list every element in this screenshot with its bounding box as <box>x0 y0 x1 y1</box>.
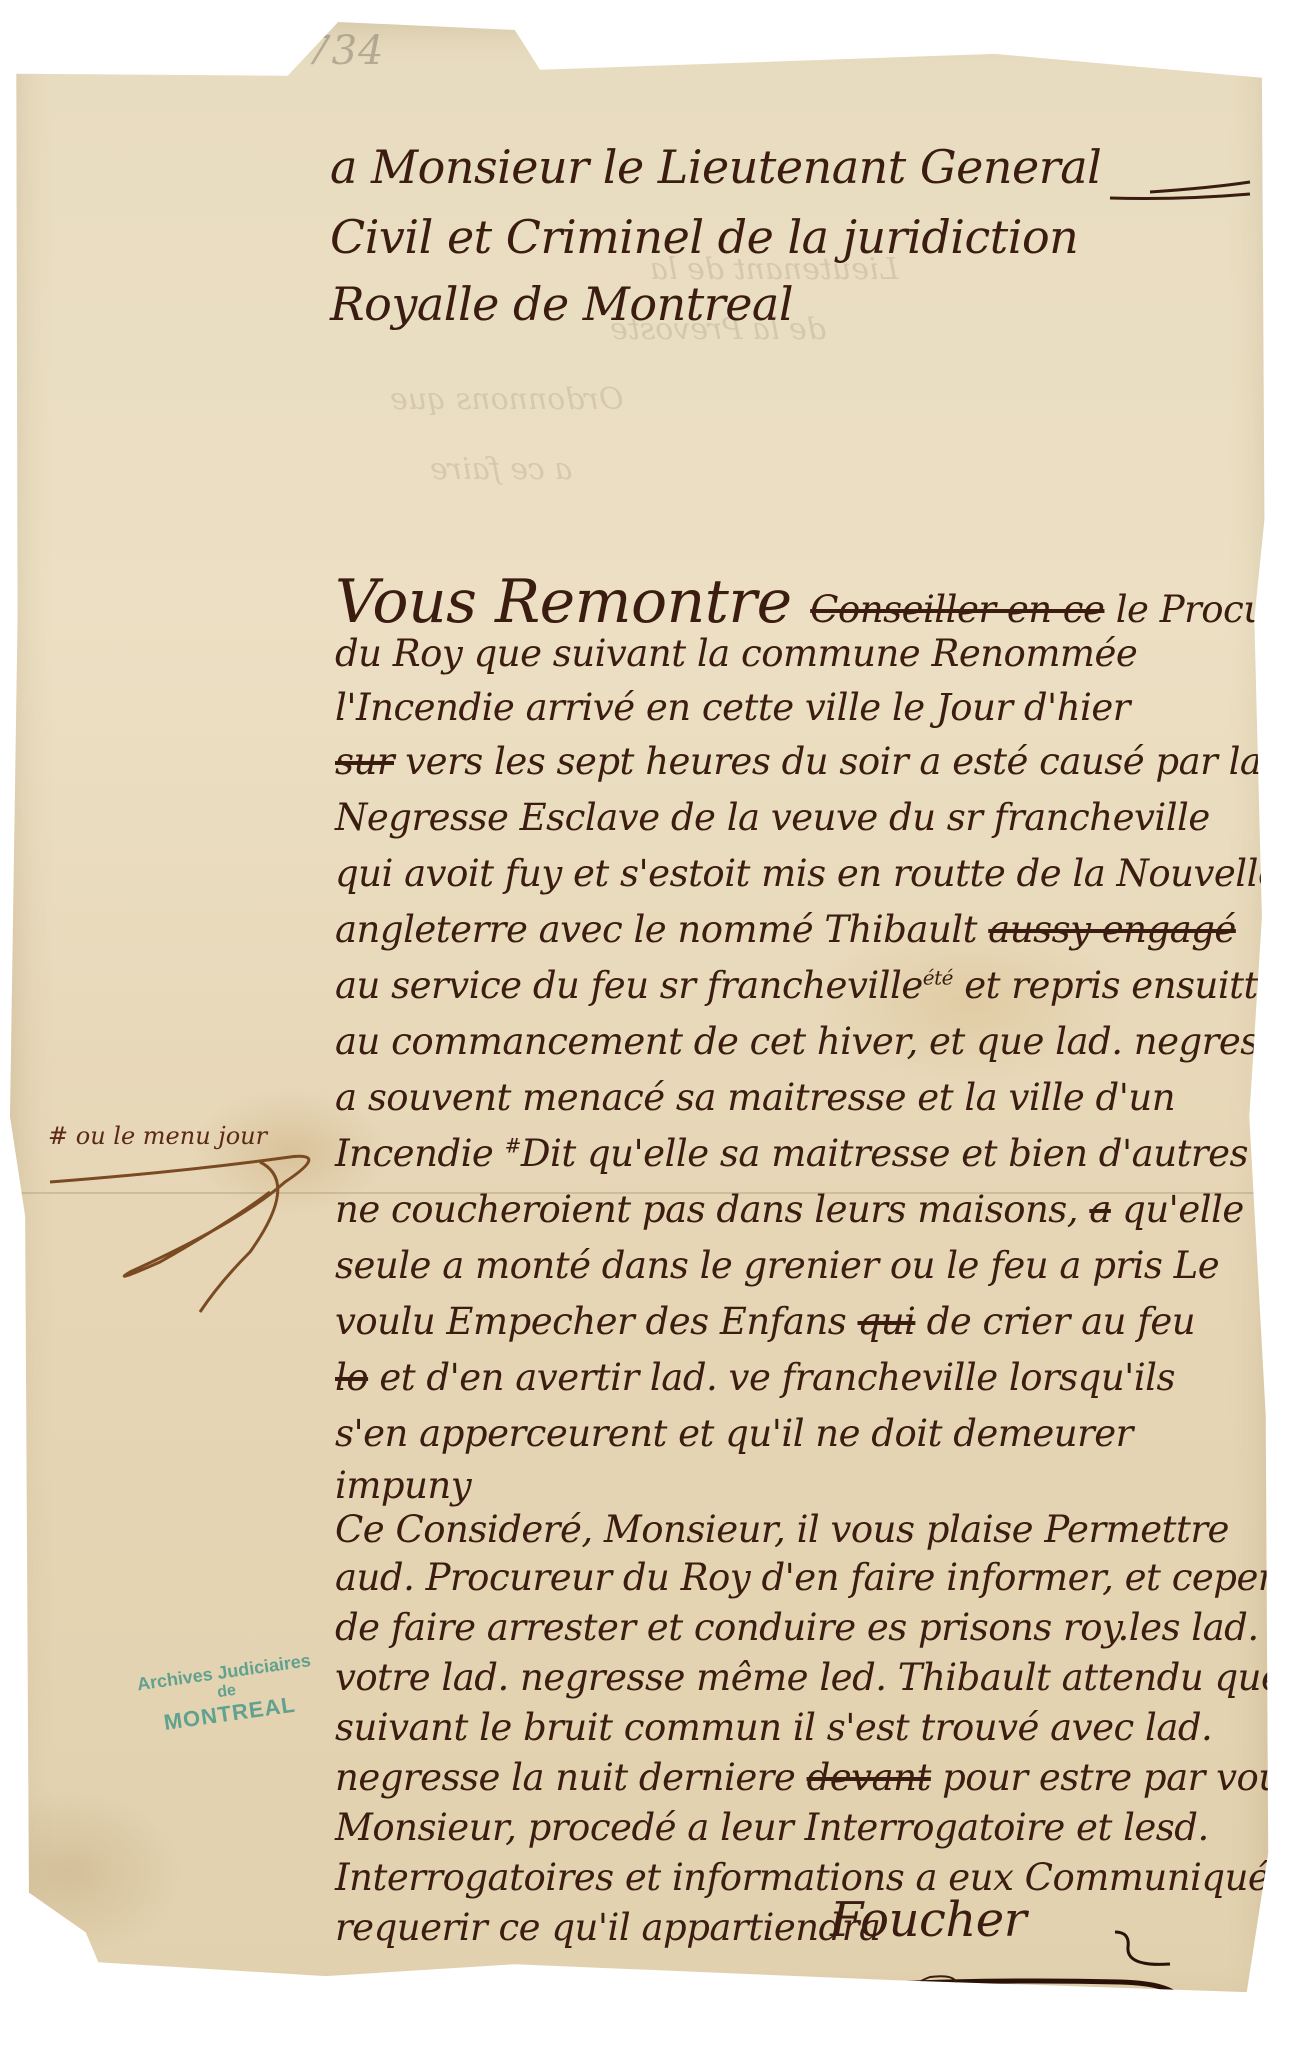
archive-ref-word: Aoste <box>137 28 255 74</box>
archive-ref-number: N° <box>66 28 123 74</box>
manuscript-page: Lieutenant de la de la Prevoste Ordonnon… <box>10 22 1272 2012</box>
ink-flourishes <box>10 22 1272 2012</box>
signature-underline <box>690 1981 1181 2012</box>
